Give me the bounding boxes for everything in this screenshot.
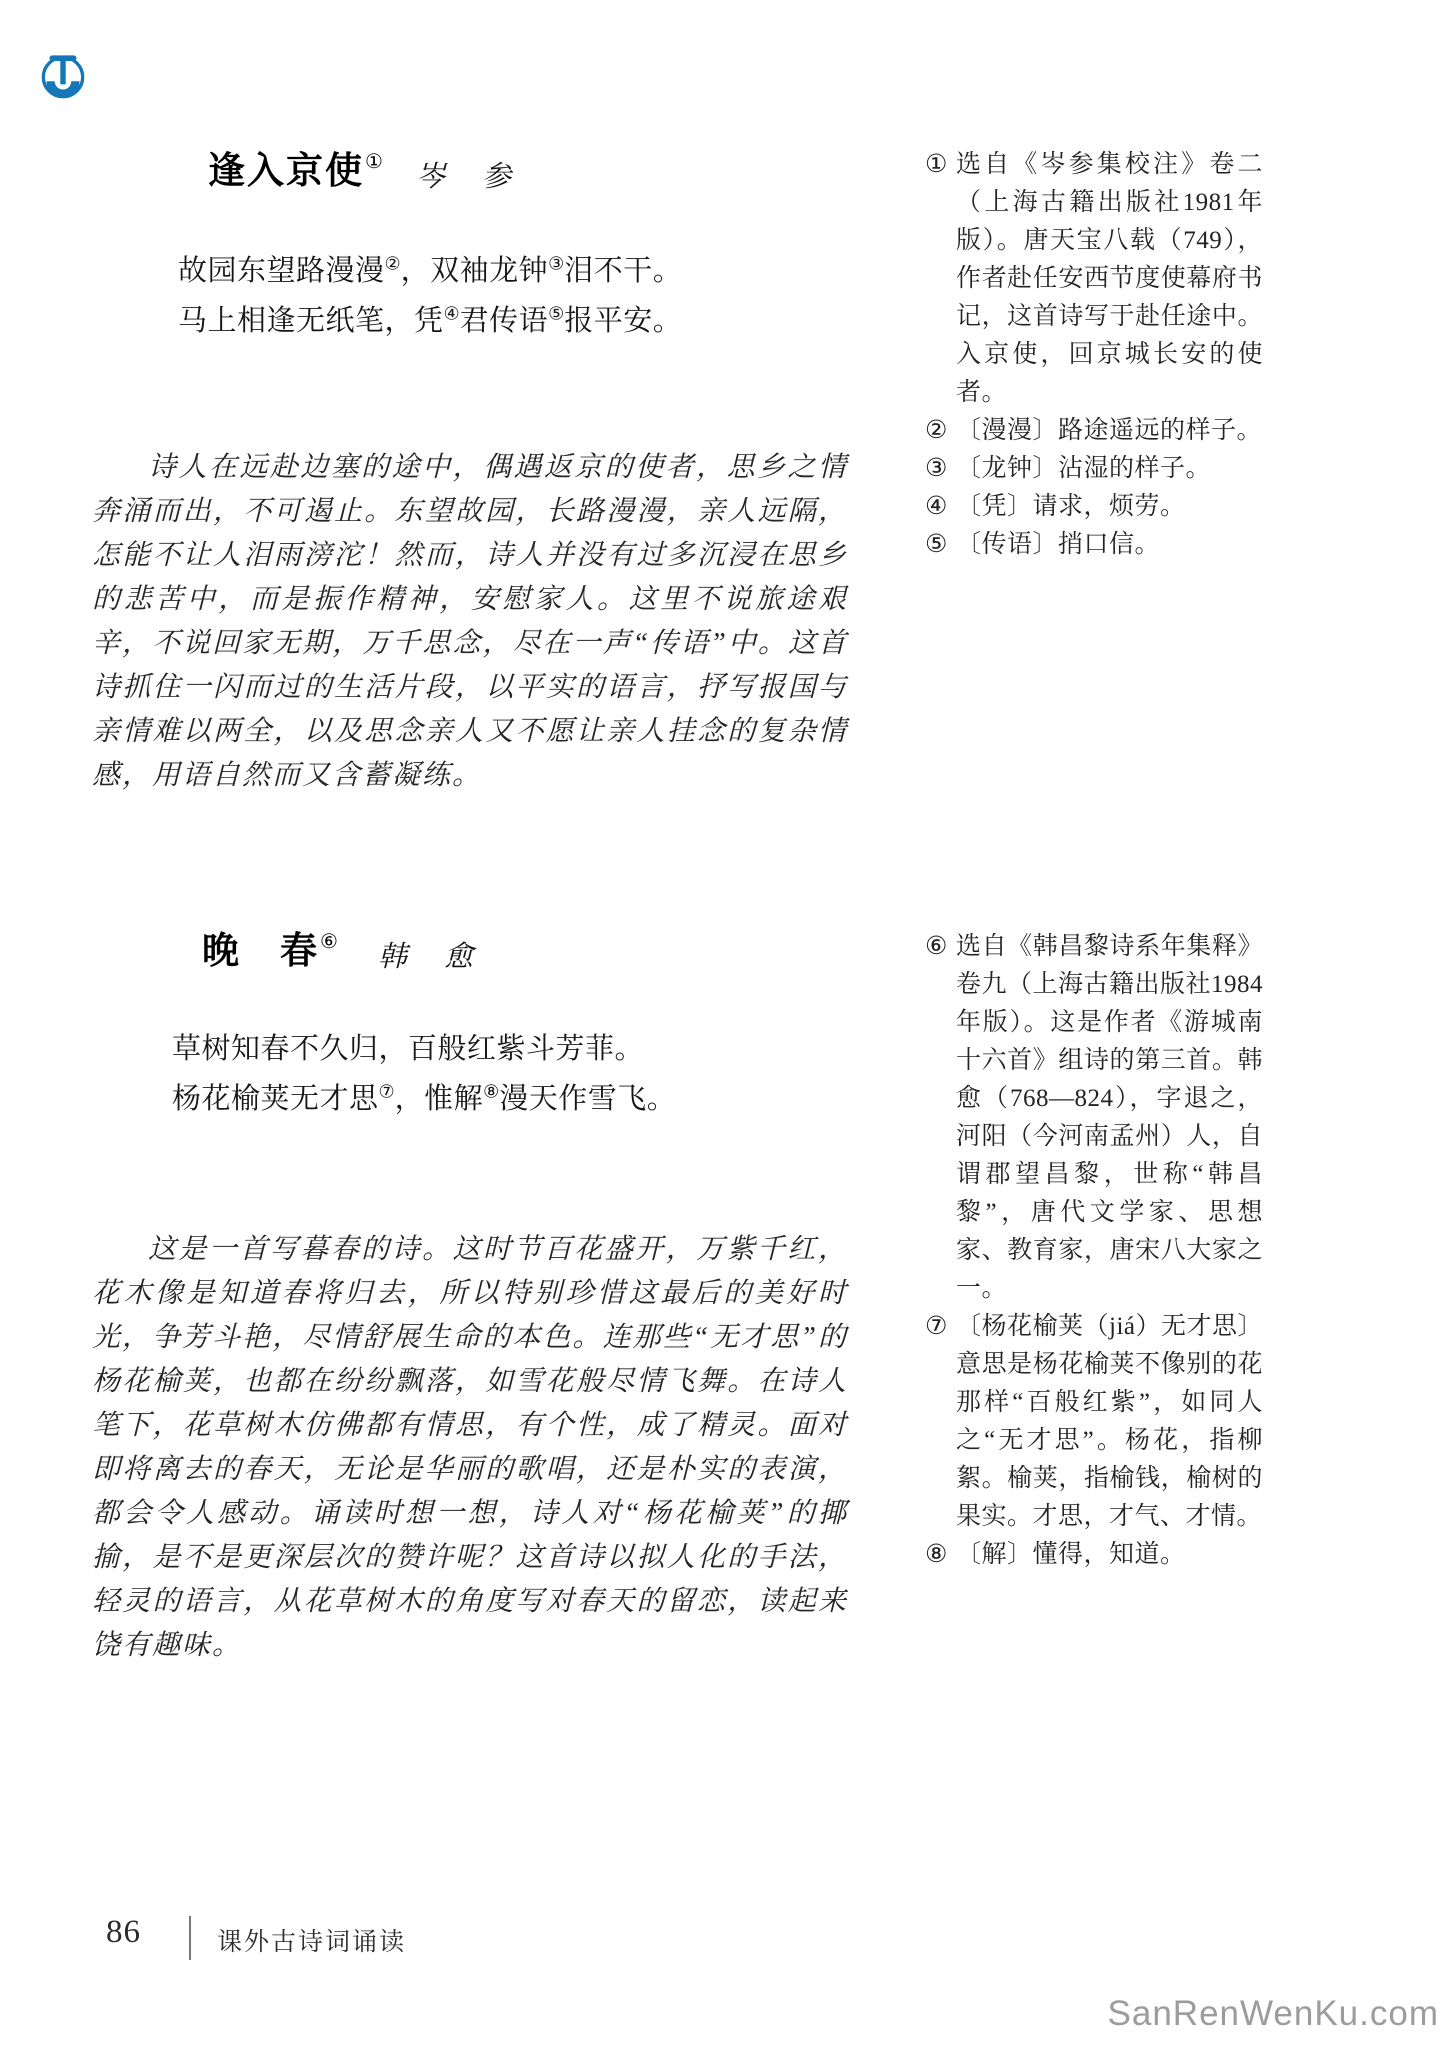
footnote: ①选自《岑参集校注》卷二（上海古籍出版社1981年版）。唐天宝八载（749），作… bbox=[925, 146, 1263, 412]
footnotes-group-2: ⑥选自《韩昌黎诗系年集释》卷九（上海古籍出版社1984年版）。这是作者《游城南十… bbox=[925, 928, 1263, 1574]
poem2-title: 晚 春⑥ bbox=[202, 920, 340, 974]
poem1-title-text: 逢入京使 bbox=[208, 151, 364, 192]
footnote-number: ⑤ bbox=[925, 526, 947, 564]
footnote-text: 〔杨花榆荚（jiá）无才思〕意思是杨花榆荚不像别的花那样“百般红紫”，如同人之“… bbox=[956, 1313, 1263, 1530]
page-number: 86 bbox=[106, 1914, 141, 1951]
footnote-text: 〔龙钟〕沾湿的样子。 bbox=[956, 455, 1211, 482]
footnote-text: 〔漫漫〕路途遥远的样子。 bbox=[956, 417, 1262, 444]
textbook-page: 逢入京使① 岑 参 故园东望路漫漫②，双袖龙钟③泪不干。 马上相逢无纸笔，凭④君… bbox=[0, 0, 1449, 2047]
footnote-text: 选自《岑参集校注》卷二（上海古籍出版社1981年版）。唐天宝八载（749），作者… bbox=[956, 151, 1263, 406]
footnote-number: ③ bbox=[925, 450, 947, 488]
footnote-number: ⑧ bbox=[925, 1536, 947, 1574]
poem2-title-ref: ⑥ bbox=[320, 931, 340, 953]
footnote: ⑤〔传语〕捎口信。 bbox=[925, 526, 1263, 564]
poem1-analysis: 诗人在远赴边塞的途中，偶遇返京的使者，思乡之情奔涌而出，不可遏止。东望故园，长路… bbox=[92, 446, 848, 798]
poem2-title-text: 晚 春 bbox=[202, 931, 319, 972]
footnote: ③〔龙钟〕沾湿的样子。 bbox=[925, 450, 1263, 488]
footnotes-group-1: ①选自《岑参集校注》卷二（上海古籍出版社1981年版）。唐天宝八载（749），作… bbox=[925, 146, 1263, 564]
footnote: ⑦〔杨花榆荚（jiá）无才思〕意思是杨花榆荚不像别的花那样“百般红紫”，如同人之… bbox=[925, 1308, 1263, 1536]
footer-section-title: 课外古诗词诵读 bbox=[217, 1922, 406, 1958]
footnote-number: ⑦ bbox=[925, 1308, 947, 1346]
poem1-verse-line: 故园东望路漫漫②，双袖龙钟③泪不干。 bbox=[178, 246, 682, 296]
poem2-verses: 草树知春不久归，百般红紫斗芳菲。 杨花榆荚无才思⑦，惟解⑧漫天作雪飞。 bbox=[172, 1024, 676, 1124]
footnote: ②〔漫漫〕路途遥远的样子。 bbox=[925, 412, 1263, 450]
poem1-title: 逢入京使① bbox=[208, 140, 385, 194]
poem2-analysis: 这是一首写暮春的诗。这时节百花盛开，万紫千红，花木像是知道春将归去，所以特别珍惜… bbox=[92, 1228, 848, 1668]
footnote: ④〔凭〕请求，烦劳。 bbox=[925, 488, 1263, 526]
site-watermark: SanRenWenKu.com bbox=[1108, 1994, 1439, 2034]
footnote: ⑧〔解〕懂得，知道。 bbox=[925, 1536, 1263, 1574]
footnote-text: 〔传语〕捎口信。 bbox=[956, 531, 1160, 558]
footnote-number: ② bbox=[925, 412, 947, 450]
footnote: ⑥选自《韩昌黎诗系年集释》卷九（上海古籍出版社1984年版）。这是作者《游城南十… bbox=[925, 928, 1263, 1308]
footnote-text: 选自《韩昌黎诗系年集释》卷九（上海古籍出版社1984年版）。这是作者《游城南十六… bbox=[956, 933, 1263, 1302]
anchor-logo-icon bbox=[40, 46, 86, 104]
footer-divider bbox=[189, 1916, 191, 1960]
poem1-verse-line: 马上相逢无纸笔，凭④君传语⑤报平安。 bbox=[178, 296, 682, 346]
poem2-author: 韩 愈 bbox=[378, 934, 477, 975]
footnote-text: 〔凭〕请求，烦劳。 bbox=[956, 493, 1186, 520]
footnote-number: ① bbox=[925, 146, 947, 184]
footnote-text: 〔解〕懂得，知道。 bbox=[956, 1541, 1186, 1568]
poem2-verse-line: 杨花榆荚无才思⑦，惟解⑧漫天作雪飞。 bbox=[172, 1074, 676, 1124]
footnote-number: ⑥ bbox=[925, 928, 947, 966]
poem2-verse-line: 草树知春不久归，百般红紫斗芳菲。 bbox=[172, 1024, 676, 1074]
poem1-title-ref: ① bbox=[365, 151, 385, 173]
poem1-verses: 故园东望路漫漫②，双袖龙钟③泪不干。 马上相逢无纸笔，凭④君传语⑤报平安。 bbox=[178, 246, 682, 346]
poem1-author: 岑 参 bbox=[416, 154, 515, 195]
footnote-number: ④ bbox=[925, 488, 947, 526]
